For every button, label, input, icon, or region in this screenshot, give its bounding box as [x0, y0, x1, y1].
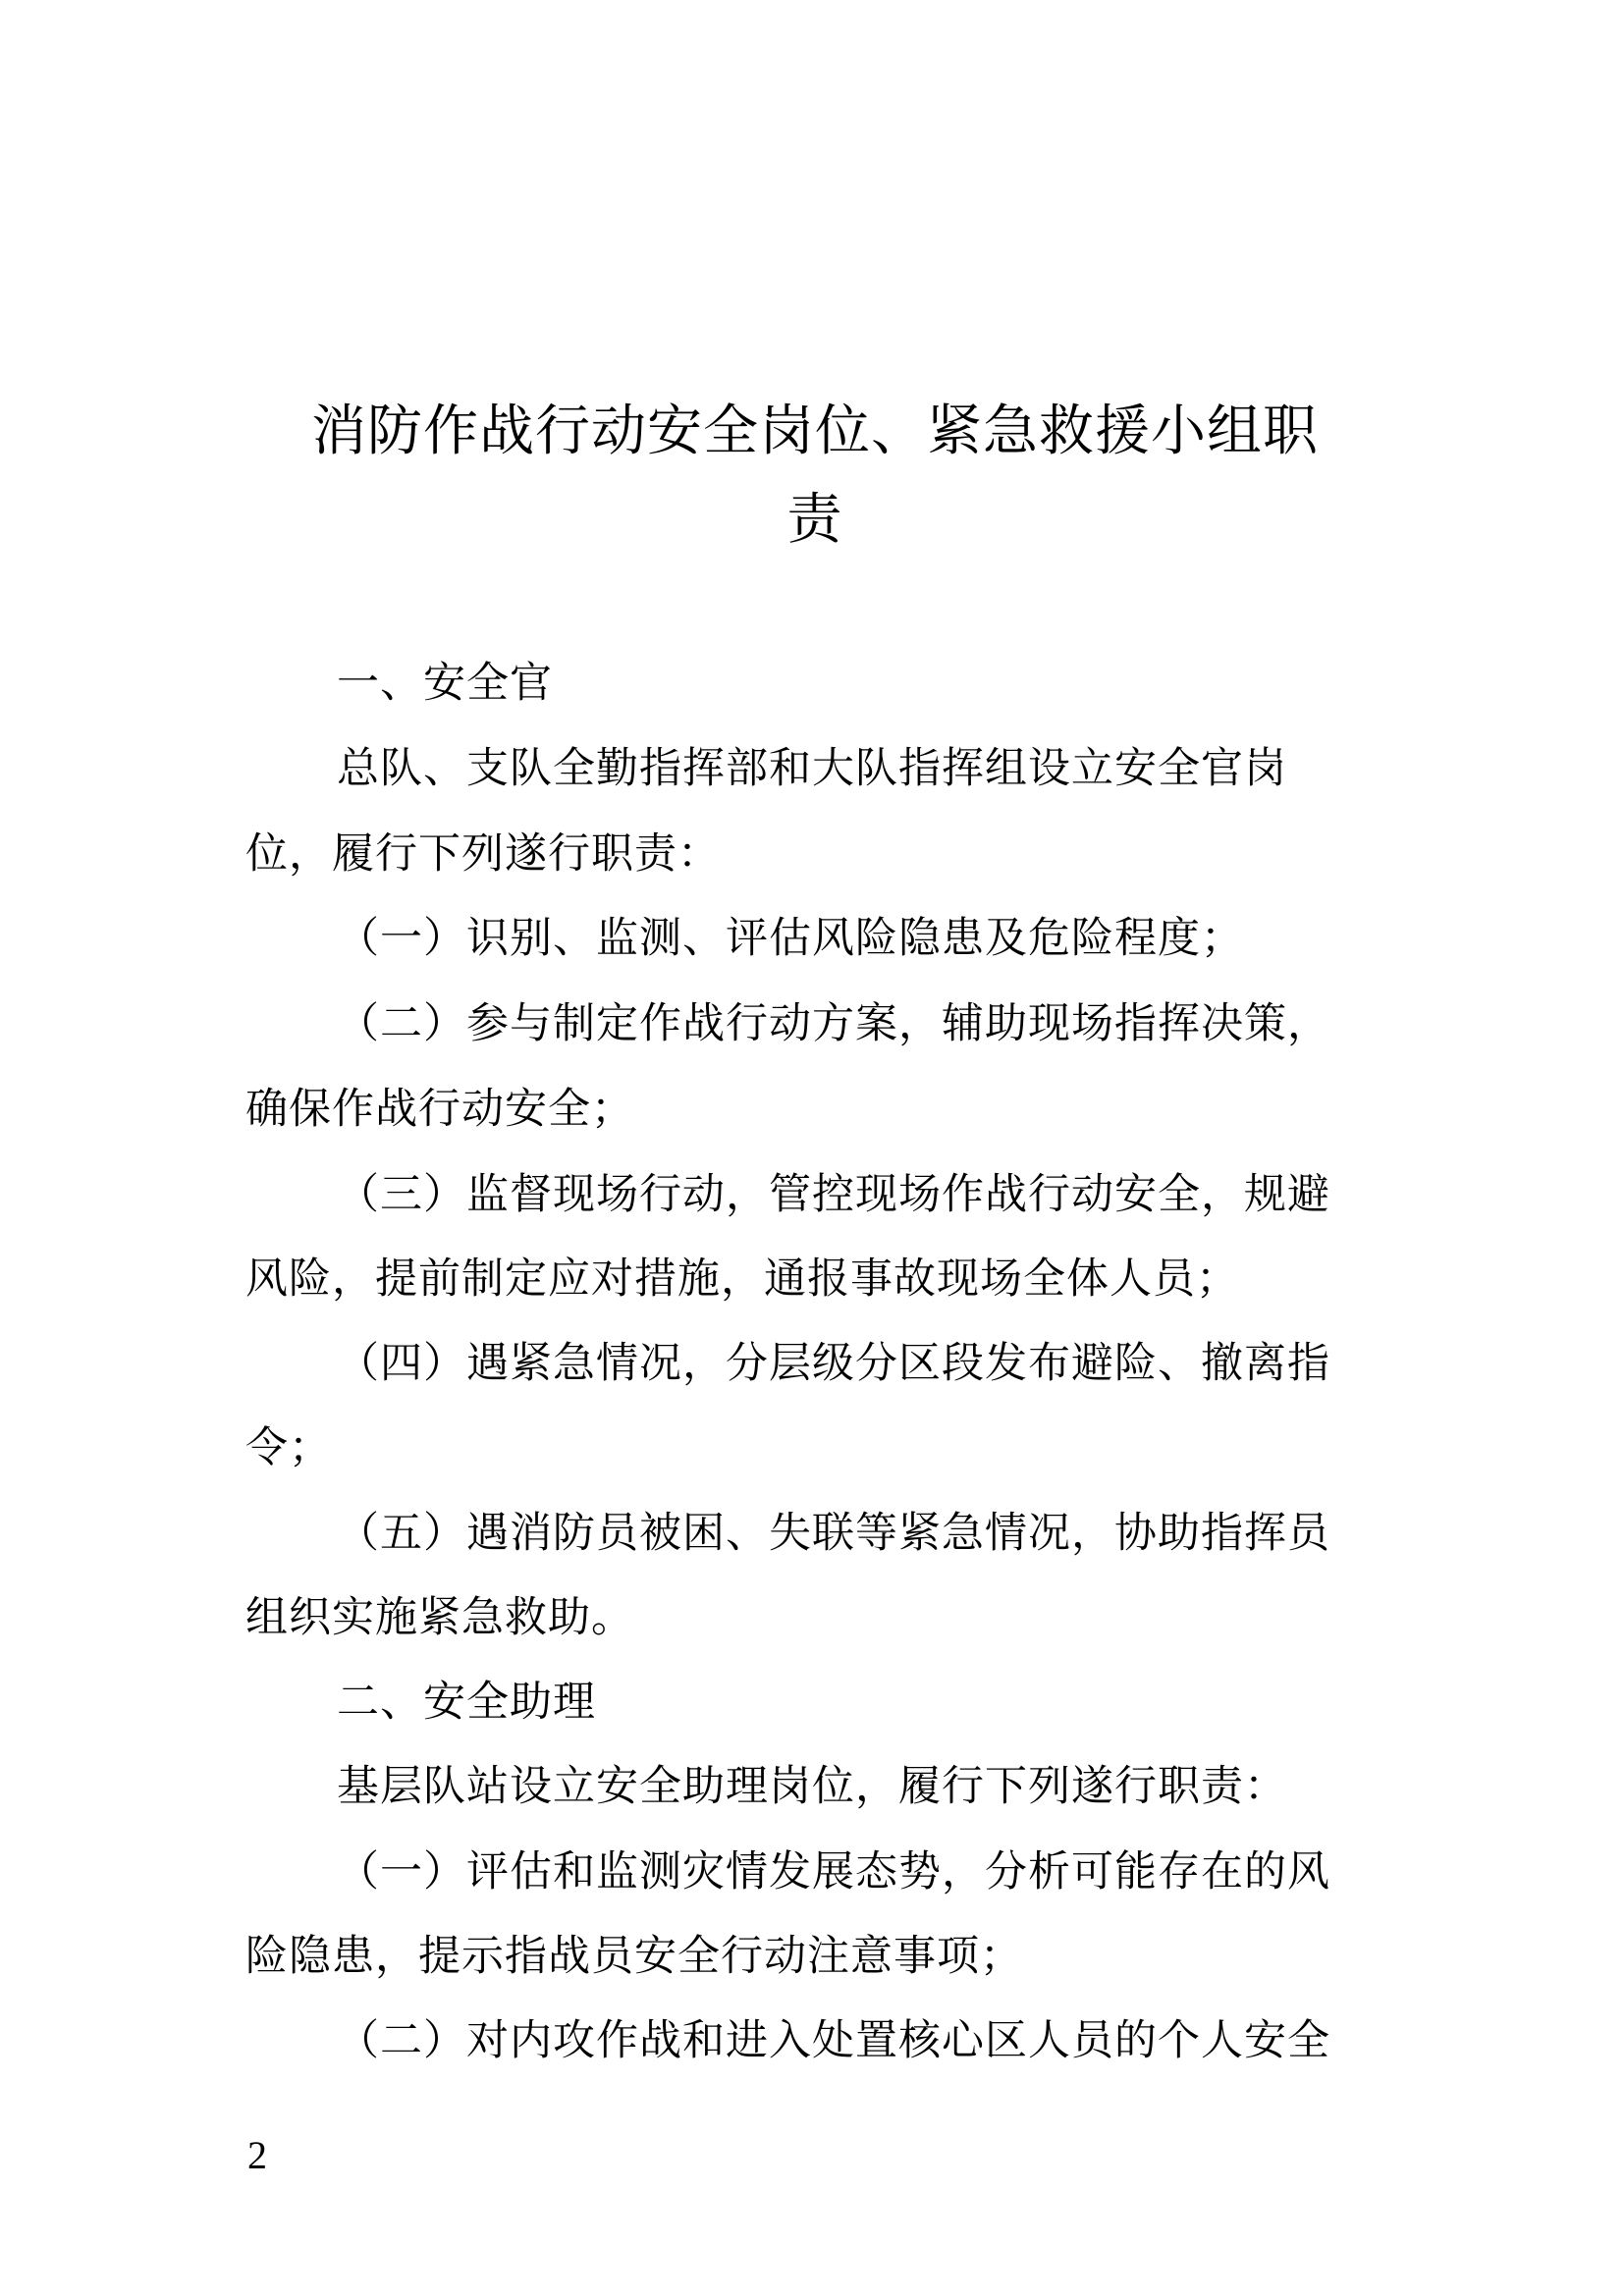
section-heading-safety-officer: 一、安全官 — [337, 656, 1476, 711]
document-title-line-2: 责 — [245, 476, 1384, 564]
paragraph-line: 位，履行下列遂行职责： — [245, 827, 1384, 881]
list-item-line: （一）识别、监测、评估风险隐患及危险程度； — [337, 911, 1476, 966]
list-item-continuation: 险隐患，提示指战员安全行动注意事项； — [245, 1929, 1384, 1984]
list-item-line: （三）监督现场行动，管控现场作战行动安全，规避 — [337, 1167, 1476, 1222]
page-number: 2 — [247, 2132, 267, 2179]
list-item-line: （五）遇消防员被困、失联等紧急情况，协助指挥员 — [337, 1506, 1476, 1561]
paragraph-line: 基层队站设立安全助理岗位，履行下列遂行职责： — [337, 1759, 1476, 1814]
paragraph-line: 总队、支队全勤指挥部和大队指挥组设立安全官岗 — [337, 741, 1476, 796]
list-item-line: （四）遇紧急情况，分层级分区段发布避险、撤离指 — [337, 1336, 1476, 1391]
section-heading-safety-assistant: 二、安全助理 — [337, 1675, 1476, 1730]
list-item-line: （一）评估和监测灾情发展态势，分析可能存在的风 — [337, 1844, 1476, 1899]
document-title-line-1: 消防作战行动安全岗位、紧急救援小组职 — [245, 388, 1384, 476]
list-item-continuation: 令； — [245, 1420, 1384, 1475]
list-item-line: （二）参与制定作战行动方案，辅助现场指挥决策， — [337, 996, 1476, 1051]
list-item-continuation: 确保作战行动安全； — [245, 1082, 1384, 1137]
list-item-continuation: 风险，提前制定应对措施，通报事故现场全体人员； — [245, 1252, 1384, 1307]
list-item-line: （二）对内攻作战和进入处置核心区人员的个人安全 — [337, 2013, 1476, 2068]
list-item-continuation: 组织实施紧急救助。 — [245, 1590, 1384, 1645]
document-page: 消防作战行动安全岗位、紧急救援小组职 责 一、安全官 总队、支队全勤指挥部和大队… — [0, 0, 1624, 2296]
